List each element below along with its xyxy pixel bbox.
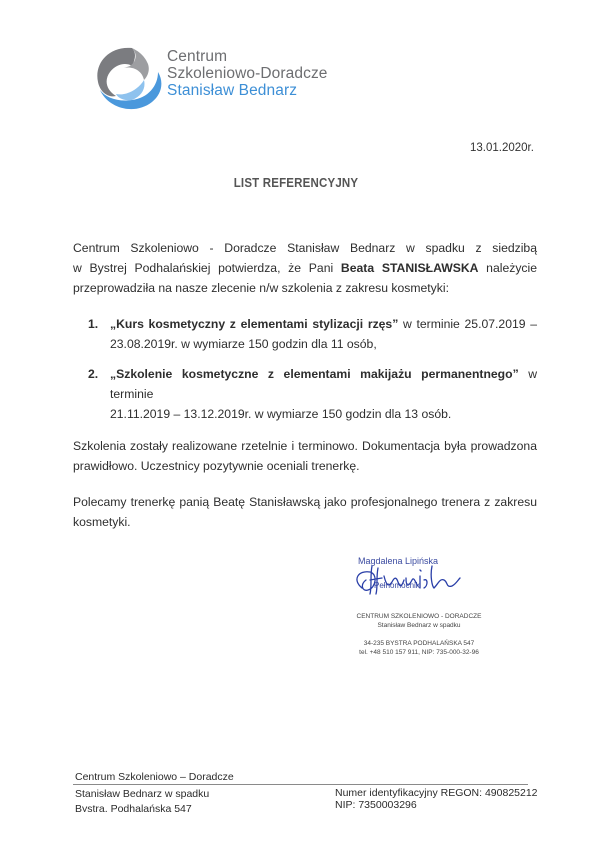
company-logo-icon bbox=[92, 46, 164, 114]
document-date: 13.01.2020r. bbox=[470, 142, 534, 154]
stamp-line-1: CENTRUM SZKOLENIOWO - DORADCZE bbox=[344, 612, 494, 621]
course-name: „Szkolenie kosmetyczne z elementami maki… bbox=[110, 367, 519, 381]
footer-divider bbox=[73, 784, 528, 785]
handwritten-signature-icon bbox=[348, 558, 468, 600]
stamp-line-4: tel. +48 510 157 911, NIP: 735-000-32-96 bbox=[344, 648, 494, 657]
footer-nip: NIP: 7350003296 bbox=[335, 799, 417, 811]
trainer-name: Beata STANISŁAWSKA bbox=[341, 261, 479, 275]
assessment-line-1: Szkolenia zostały realizowane rzetelnie … bbox=[73, 436, 537, 456]
footer-company-owner: Stanisław Bednarz w spadku bbox=[75, 788, 209, 800]
course-number: 2. bbox=[88, 364, 98, 384]
company-stamp: CENTRUM SZKOLENIOWO - DORADCZE Stanisław… bbox=[344, 612, 494, 657]
company-logo-text: Centrum Szkoleniowo-Doradcze Stanisław B… bbox=[167, 48, 328, 99]
course-line-1: „Kurs kosmetyczny z elementami stylizacj… bbox=[110, 314, 537, 334]
footer-regon: Numer identyfikacyjny REGON: 490825212 bbox=[335, 787, 538, 799]
course-details-1: w terminie 25.07.2019 – bbox=[398, 317, 537, 331]
stamp-line-3: 34-235 BYSTRA PODHALAŃSKA 547 bbox=[344, 639, 494, 648]
recommendation-line-1: Polecamy trenerkę panią Beatę Stanisławs… bbox=[73, 492, 537, 512]
recommendation-paragraph: Polecamy trenerkę panią Beatę Stanisławs… bbox=[73, 492, 537, 532]
intro-line-3: przeprowadziła na nasze zlecenie n/w szk… bbox=[73, 278, 537, 298]
recommendation-line-2: kosmetyki. bbox=[73, 512, 537, 532]
intro-line-2: w Bystrej Podhalańskiej potwierdza, że P… bbox=[73, 258, 537, 278]
course-details-2: 23.08.2019r. w wymiarze 150 godzin dla 1… bbox=[110, 334, 537, 354]
course-list-item: 1. „Kurs kosmetyczny z elementami styliz… bbox=[88, 314, 537, 354]
footer-company-name: Centrum Szkoleniowo – Doradcze bbox=[75, 771, 234, 783]
intro-line-2-end: należycie bbox=[478, 261, 537, 275]
course-number: 1. bbox=[88, 314, 98, 334]
assessment-line-2: prawidłowo. Uczestnicy pozytywnie ocenia… bbox=[73, 456, 537, 476]
intro-line-1: Centrum Szkoleniowo - Doradcze Stanisław… bbox=[73, 238, 537, 258]
course-details-2: 21.11.2019 – 13.12.2019r. w wymiarze 150… bbox=[110, 404, 537, 424]
assessment-paragraph: Szkolenia zostały realizowane rzetelnie … bbox=[73, 436, 537, 476]
course-name: „Kurs kosmetyczny z elementami stylizacj… bbox=[110, 317, 398, 331]
logo-line-1: Centrum bbox=[167, 48, 328, 65]
footer-address: Bystra, Podhalańska 547 bbox=[75, 803, 192, 812]
logo-line-3: Stanisław Bednarz bbox=[167, 82, 328, 99]
course-list-item: 2. „Szkolenie kosmetyczne z elementami m… bbox=[88, 364, 537, 424]
logo-line-2: Szkoleniowo-Doradcze bbox=[167, 65, 328, 82]
intro-paragraph: Centrum Szkoleniowo - Doradcze Stanisław… bbox=[73, 238, 537, 298]
intro-line-2-text: w Bystrej Podhalańskiej potwierdza, że P… bbox=[73, 261, 341, 275]
course-line-1: „Szkolenie kosmetyczne z elementami maki… bbox=[110, 364, 537, 404]
document-title: LIST REFERENCYJNY bbox=[24, 176, 569, 190]
stamp-line-2: Stanisław Bednarz w spadku bbox=[344, 621, 494, 630]
